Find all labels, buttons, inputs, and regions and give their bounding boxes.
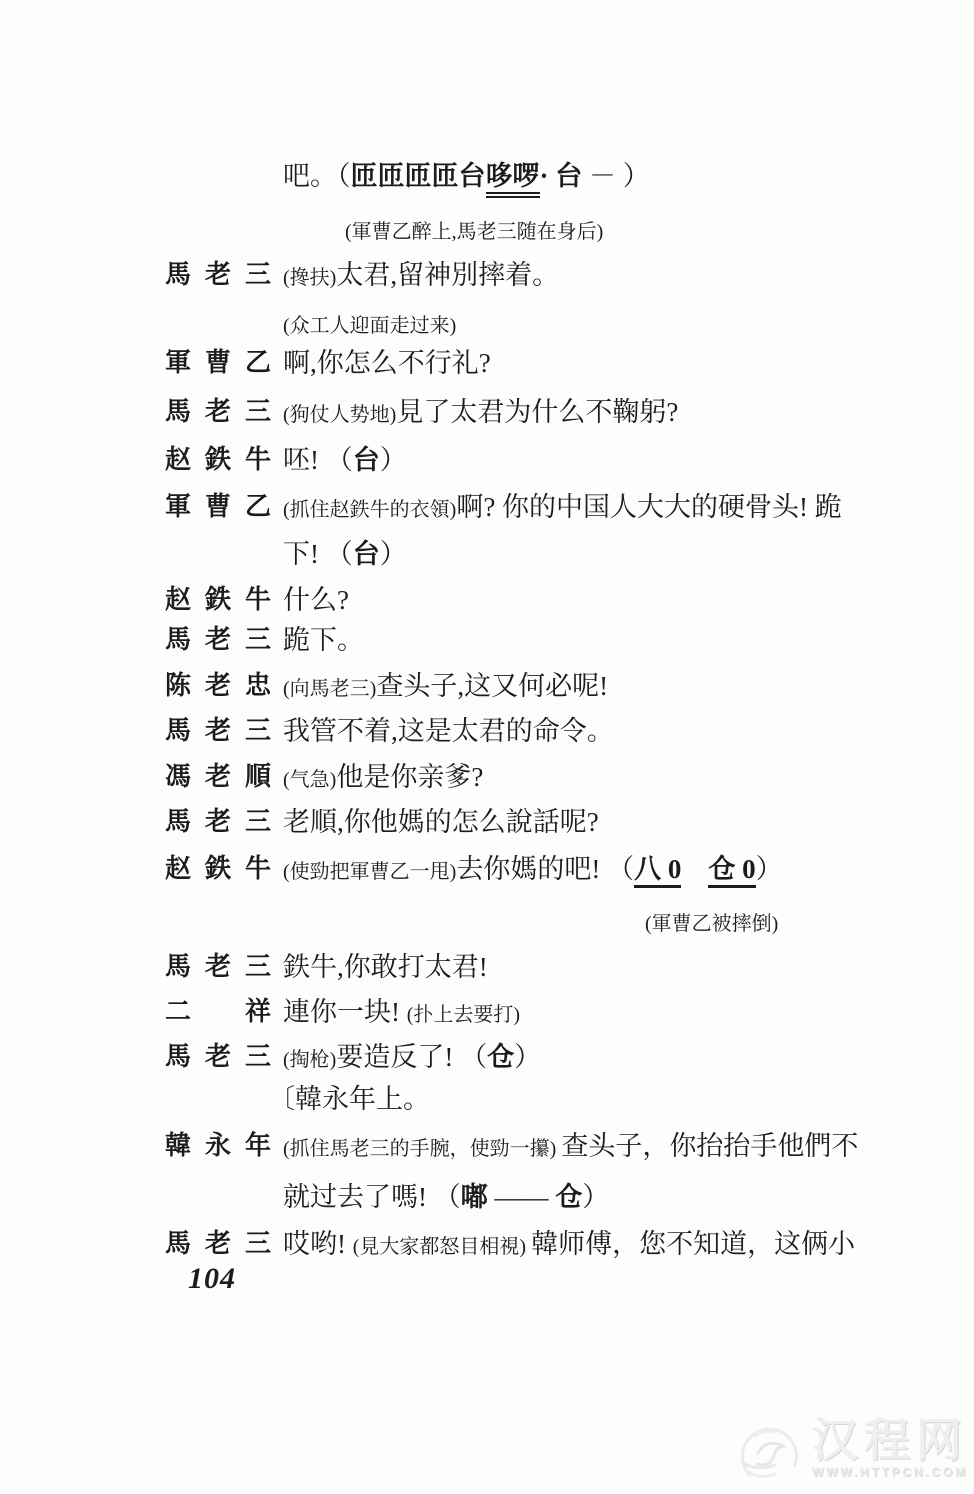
dialogue-text: 啊,你怎么不行礼? [283, 348, 491, 378]
percussion-notation: 仓 0 [708, 854, 755, 888]
percussion-notation: 台 [353, 445, 380, 475]
speaker-name: 軍曹乙 [165, 489, 271, 525]
speaker-name: 馬老三 [165, 257, 271, 293]
dialogue-text: 連你一块! [283, 997, 407, 1027]
speaker-name: 赵鉄牛 [165, 582, 271, 618]
stage-direction: (扑上去要打) [407, 1004, 520, 1026]
stage-direction: (抓住馬老三的手腕，使勁一攥) [283, 1138, 561, 1160]
hanchengwang-logo-icon [728, 1412, 808, 1484]
stage-direction: (軍曹乙醉上,馬老三随在身后) [345, 221, 603, 243]
dialogue-text: 見了太君为什么不鞠躬? [396, 397, 678, 427]
speaker-name: 赵鉄牛 [165, 851, 271, 887]
speaker-name: 赵鉄牛 [165, 442, 271, 478]
speaker-name: 馬老三 [165, 622, 271, 658]
dialogue-text: 去你媽的吧! （ [456, 854, 634, 884]
dialogue-text: － ） [582, 161, 650, 191]
stage-entrance: 〔韓永年上。 [268, 1084, 430, 1114]
speaker-name: 馬老三 [165, 1039, 271, 1075]
stage-direction: (搀扶) [283, 267, 336, 289]
stage-direction: (众工人迎面走过来) [283, 315, 456, 337]
dialogue-text: ） [380, 539, 407, 569]
speaker-name: 馬老三 [165, 804, 271, 840]
percussion-notation: 嘟 [461, 1182, 488, 1212]
dialogue-text: 他是你亲爹? [336, 762, 483, 792]
page-number: 104 [188, 1262, 236, 1296]
dialogue-text: 什么? [283, 585, 349, 615]
dialogue-text: ） [756, 854, 783, 884]
dialogue-text: ） [514, 1042, 541, 1072]
stage-direction: (見大家都怒目相視) [353, 1236, 531, 1258]
dialogue-text: 哎哟! [283, 1229, 353, 1259]
watermark-title: 汉程网 [812, 1417, 968, 1463]
percussion-notation: 仓 [487, 1042, 514, 1072]
dialogue-text: 下! （ [283, 539, 353, 569]
watermark: 汉程网 WWW.HTTPCN.COM [728, 1412, 968, 1484]
stage-direction: (气急) [283, 769, 336, 791]
stage-direction: (掏枪) [283, 1049, 336, 1071]
dialogue-text: 韓师傅，您不知道，这俩小 [531, 1229, 855, 1259]
percussion-notation: 台 [353, 539, 380, 569]
stage-direction: (抓住赵鉄牛的衣領) [283, 499, 456, 521]
stage-direction: (軍曹乙被摔倒) [645, 913, 778, 935]
dialogue-text: 鉄牛,你敢打太君! [283, 952, 488, 982]
watermark-url: WWW.HTTPCN.COM [812, 1465, 968, 1479]
dialogue-text: ） [380, 445, 407, 475]
dialogue-text [681, 854, 708, 884]
dialogue-text: 吧。（ [283, 161, 351, 191]
speaker-name: 馬老三 [165, 713, 271, 749]
speaker-name: 馬老三 [165, 394, 271, 430]
script-page: 吧。（匝匝匝匝台哆啰· 台 － ） (軍曹乙醉上,馬老三随在身后) 馬老三 (搀… [0, 0, 974, 1494]
dialogue-text: 就过去了嗎! （ [283, 1182, 461, 1212]
stage-direction: (使勁把軍曹乙一甩) [283, 861, 456, 883]
percussion-notation: 哆啰 [486, 161, 540, 198]
dialogue-text: —— [488, 1182, 556, 1212]
percussion-notation: 仓 [555, 1182, 582, 1212]
dialogue-text: 我管不着,这是太君的命令。 [283, 716, 614, 746]
dialogue-text: 呸! （ [283, 445, 353, 475]
dialogue-text: 啊? 你的中国人大大的硬骨头! 跪 [456, 492, 841, 522]
dialogue-text: 查头子,这又何必呢! [376, 671, 608, 701]
dialogue-text: 太君,留神別摔着。 [336, 260, 559, 290]
percussion-notation: 八 0 [634, 854, 681, 888]
percussion-notation: · [540, 161, 556, 191]
speaker-name: 陈老忠 [165, 668, 271, 704]
dialogue-text: 老順,你他媽的怎么說話呢? [283, 807, 599, 837]
speaker-name: 馮老順 [165, 759, 271, 795]
stage-direction: (狗仗人势地) [283, 404, 396, 426]
percussion-notation: 台 [555, 161, 582, 191]
dialogue-text: 跪下。 [283, 625, 364, 655]
speaker-name: 韓永年 [165, 1128, 271, 1164]
dialogue-text: 要造反了! （ [336, 1042, 487, 1072]
speaker-name: 二 祥 [165, 994, 271, 1030]
dialogue-text: 查头子，你抬抬手他們不 [561, 1131, 858, 1161]
stage-direction: (向馬老三) [283, 678, 376, 700]
speaker-name: 馬老三 [165, 1226, 271, 1262]
dialogue-text: ） [582, 1182, 609, 1212]
percussion-notation: 匝匝匝匝台 [351, 161, 486, 191]
speaker-name: 馬老三 [165, 949, 271, 985]
speaker-name: 軍曹乙 [165, 345, 271, 381]
